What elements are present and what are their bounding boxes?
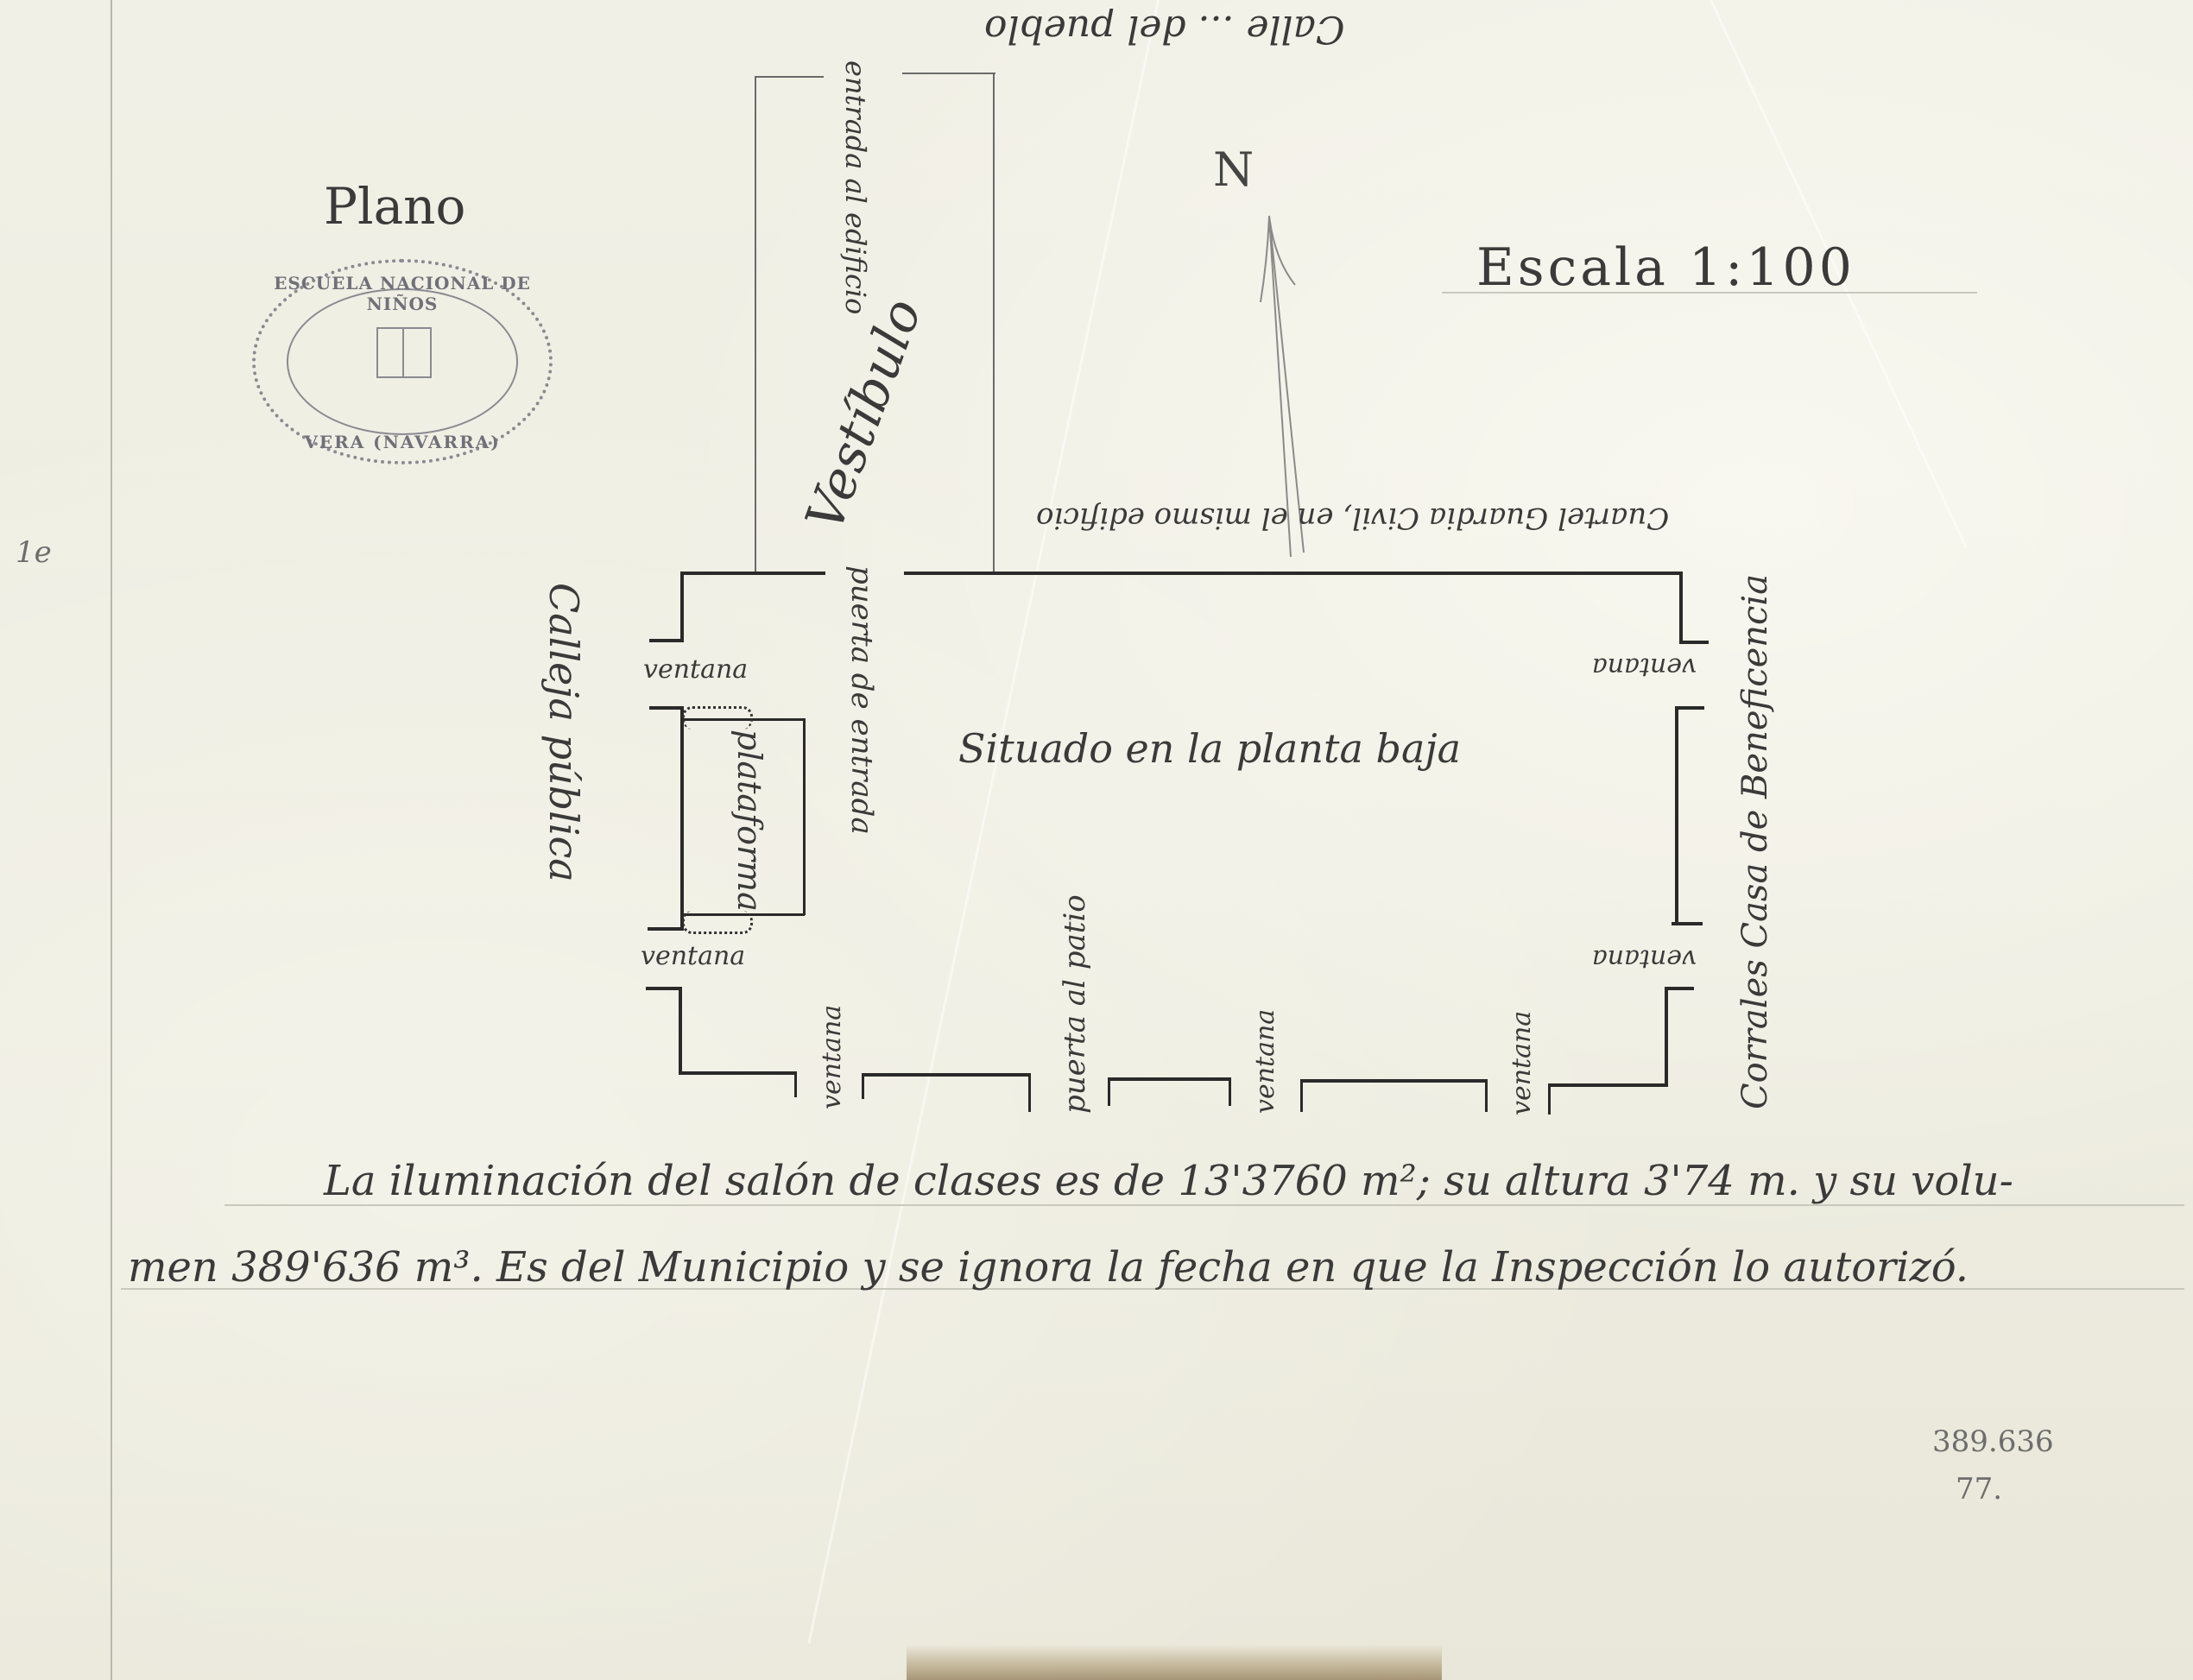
south-wall	[1109, 1077, 1230, 1081]
south-wall	[1300, 1079, 1303, 1112]
south-wall	[1550, 1083, 1666, 1087]
north-wall-left	[680, 572, 825, 575]
description-line-2: men 389'636 m³. Es del Municipio y se ig…	[128, 1243, 1969, 1292]
west-wall	[646, 987, 680, 990]
window-label-south-3: ventana	[1507, 1011, 1537, 1115]
west-wall	[649, 639, 684, 642]
margin-rule	[111, 0, 112, 1680]
vestibule-wall	[902, 73, 995, 74]
north-wall-right	[904, 572, 1681, 575]
vestibule-wall	[755, 76, 756, 572]
paper-stain	[907, 1645, 1442, 1680]
pencil-note-number: 77.	[1956, 1472, 2002, 1506]
east-wall	[1665, 988, 1668, 1087]
west-wall	[680, 706, 684, 929]
south-wall	[1229, 1077, 1231, 1106]
patio-door-label: puerta al patio	[1058, 894, 1092, 1114]
south-wall	[1302, 1079, 1488, 1083]
stamp-top-text: ESCUELA NACIONAL DE NIÑOS	[256, 273, 549, 314]
window-label-south-2: ventana	[1250, 1009, 1280, 1114]
east-wall	[1675, 706, 1678, 924]
paper-background	[0, 0, 2193, 1680]
pencil-note-volume: 389.636	[1932, 1424, 2054, 1459]
west-wall	[679, 987, 682, 1073]
south-wall	[794, 1071, 797, 1097]
south-wall	[863, 1073, 1030, 1077]
platform-label: plataforma	[730, 729, 768, 912]
north-label: N	[1213, 142, 1254, 197]
south-wall	[1485, 1079, 1488, 1112]
south-wall	[1548, 1083, 1551, 1115]
east-neighbor-label: Corrales Casa de Beneficencia	[1735, 574, 1775, 1109]
vestibule-wall	[755, 76, 824, 78]
upside-down-street-note: Calle ... del pueblo	[984, 7, 1345, 51]
stamp-bottom-text: VERA (NAVARRA)	[256, 432, 549, 452]
window-label-west-top: ventana	[643, 654, 748, 685]
window-label-east-bottom: ventana	[1592, 944, 1697, 974]
east-wall	[1679, 572, 1683, 642]
plan-title: Plano	[324, 177, 465, 236]
south-wall	[1108, 1077, 1110, 1106]
south-wall	[1028, 1073, 1031, 1112]
east-wall	[1679, 641, 1709, 644]
window-label-south-1: ventana	[817, 1005, 847, 1109]
vestibule-entry-label: entrada al edificio	[839, 60, 872, 314]
school-stamp: ESCUELA NACIONAL DE NIÑOS VERA (NAVARRA)	[252, 259, 553, 464]
platform-outline	[803, 718, 806, 915]
east-wall	[1665, 987, 1694, 990]
open-book-icon	[376, 327, 432, 378]
entrance-door-label: puerta de entrada	[844, 565, 879, 835]
window-label-east-top: ventana	[1592, 652, 1697, 682]
west-wall	[649, 706, 684, 710]
west-street-label: Calleja pública	[540, 583, 587, 882]
west-wall	[680, 572, 684, 641]
east-wall	[1678, 706, 1704, 710]
north-neighbor-label: Cuartel Guardia Civil, en el mismo edifi…	[1036, 501, 1669, 535]
platform-step	[682, 706, 753, 729]
south-wall	[862, 1073, 864, 1099]
west-wall	[648, 927, 684, 931]
scale-underline	[1442, 292, 1977, 294]
description-line-1: La iluminación del salón de clases es de…	[324, 1157, 2013, 1205]
scale-label: Escala 1:100	[1476, 237, 1855, 298]
margin-mark: 1e	[16, 535, 52, 570]
vestibule-wall	[993, 73, 995, 575]
center-note: Situado en la planta baja	[958, 725, 1461, 772]
east-wall	[1672, 922, 1703, 925]
south-wall	[679, 1071, 796, 1075]
platform-step	[682, 911, 753, 934]
window-label-west-bottom: ventana	[641, 941, 745, 971]
